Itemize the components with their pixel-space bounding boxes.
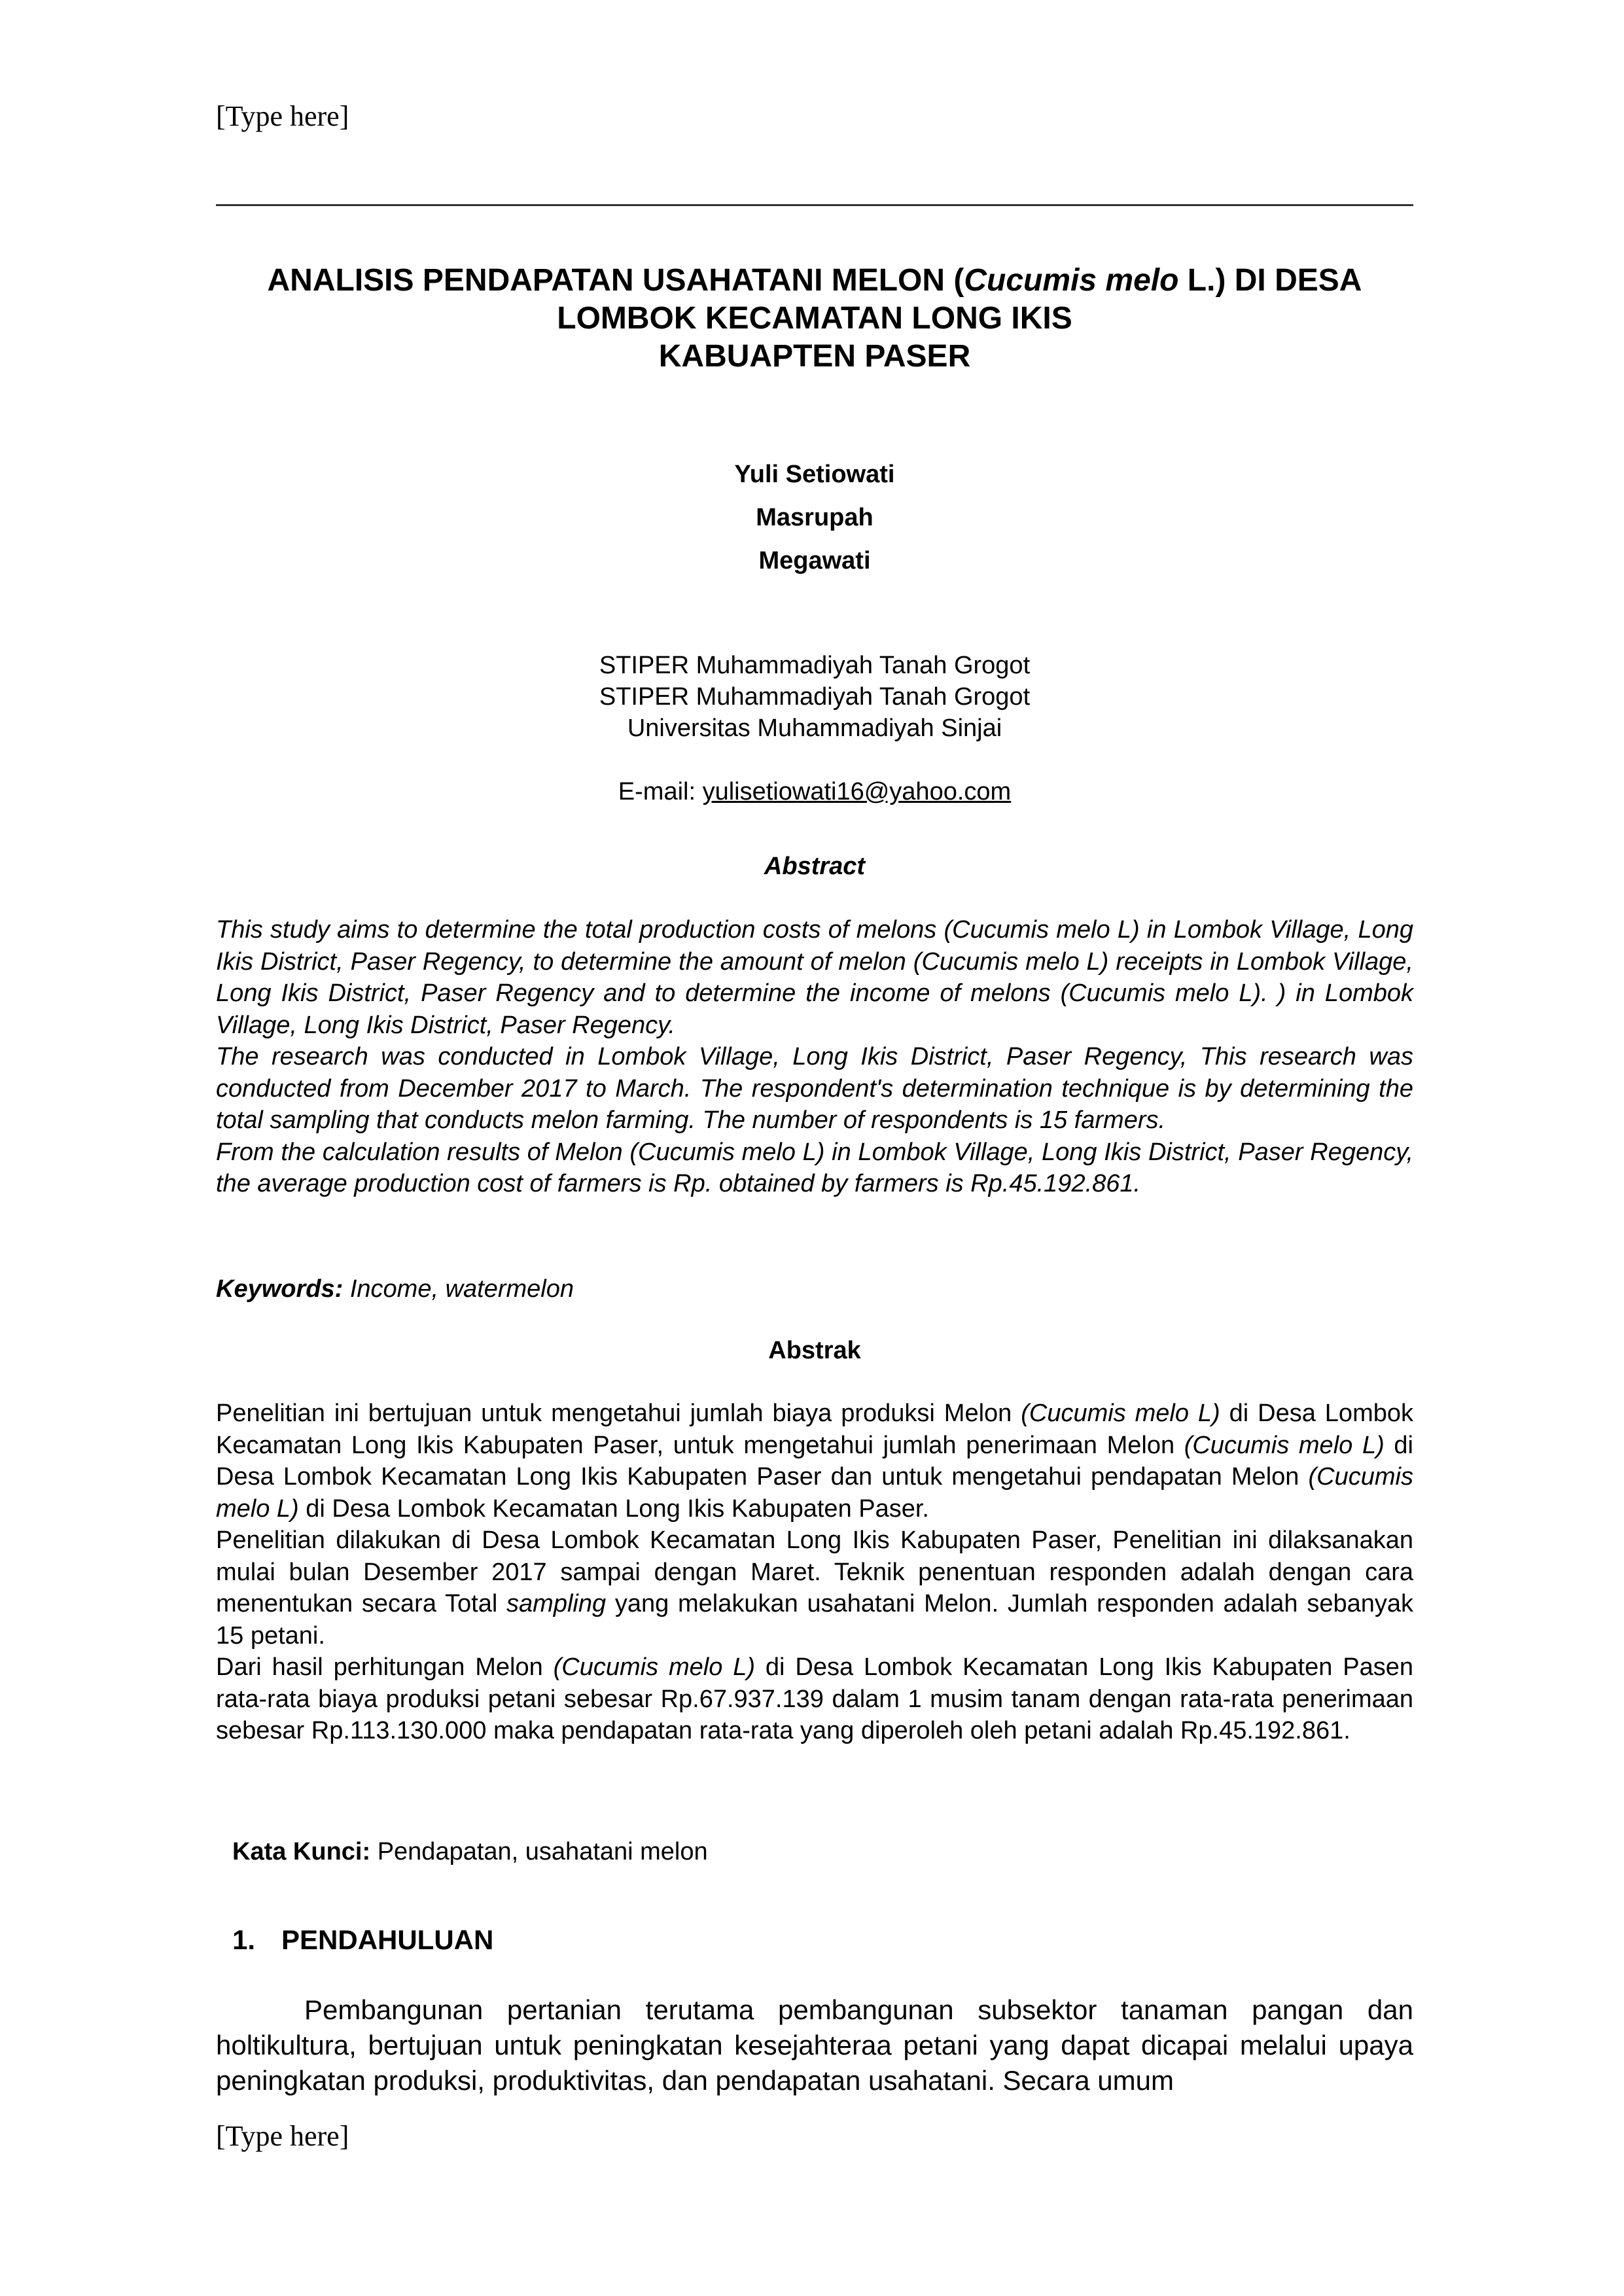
author-name: Yuli Setiowati: [216, 453, 1413, 496]
title-line-1: ANALISIS PENDAPATAN USAHATANI MELON (Cuc…: [216, 262, 1413, 300]
kata-kunci-value: Pendapatan, usahatani melon: [370, 1838, 708, 1865]
email-label: E-mail:: [618, 778, 703, 805]
abstrak-paragraph: Penelitian ini bertujuan untuk mengetahu…: [216, 1398, 1413, 1525]
abstract-indonesian: Penelitian ini bertujuan untuk mengetahu…: [216, 1398, 1413, 1747]
keywords-label: Keywords:: [216, 1275, 343, 1303]
species-text: (Cucumis melo L): [1021, 1400, 1220, 1427]
text: Penelitian ini bertujuan untuk mengetahu…: [216, 1400, 1021, 1427]
emphasis-text: sampling: [506, 1590, 606, 1617]
title-text-cont: L.) DI DESA: [1178, 263, 1362, 298]
species-text: (Cucumis melo L): [1184, 1432, 1385, 1459]
text: Dari hasil perhitungan Melon: [216, 1653, 554, 1681]
contact-email: E-mail: yulisetiowati16@yahoo.com: [216, 776, 1413, 807]
kata-kunci: Kata Kunci: Pendapatan, usahatani melon: [232, 1836, 1410, 1867]
species-text: (Cucumis melo L): [554, 1653, 755, 1681]
abstrak-paragraph: Penelitian dilakukan di Desa Lombok Keca…: [216, 1525, 1413, 1651]
affiliation: STIPER Muhammadiyah Tanah Grogot: [216, 650, 1413, 681]
author-list: Yuli Setiowati Masrupah Megawati: [216, 453, 1413, 582]
title-line-3: KABUAPTEN PASER: [216, 338, 1413, 376]
title-line-2: LOMBOK KECAMATAN LONG IKIS: [216, 300, 1413, 338]
abstract-paragraph: This study aims to determine the total p…: [216, 914, 1413, 1041]
section-title: PENDAHULUAN: [281, 1924, 493, 1955]
text: di Desa Lombok Kecamatan Long Ikis Kabup…: [299, 1495, 929, 1523]
abstrak-paragraph: Dari hasil perhitungan Melon (Cucumis me…: [216, 1651, 1413, 1747]
abstract-english: This study aims to determine the total p…: [216, 914, 1413, 1200]
abstract-paragraph: From the calculation results of Melon (C…: [216, 1137, 1413, 1200]
affiliation: Universitas Muhammadiyah Sinjai: [216, 713, 1413, 744]
section-body: Pembangunan pertanian terutama pembangun…: [216, 1992, 1413, 2098]
paper-page: [Type here] ANALISIS PENDAPATAN USAHATAN…: [0, 0, 1624, 2296]
affiliation: STIPER Muhammadiyah Tanah Grogot: [216, 681, 1413, 713]
header-divider: [216, 204, 1413, 206]
section-number: 1.: [232, 1922, 281, 1958]
section-heading: 1.PENDAHULUAN: [232, 1922, 493, 1958]
title-text: ANALISIS PENDAPATAN USAHATANI MELON (: [268, 263, 964, 298]
kata-kunci-label: Kata Kunci:: [232, 1838, 370, 1865]
abstract-paragraph: The research was conducted in Lombok Vil…: [216, 1041, 1413, 1137]
affiliation-list: STIPER Muhammadiyah Tanah Grogot STIPER …: [216, 650, 1413, 744]
page-footer-placeholder: [Type here]: [216, 2117, 349, 2156]
abstract-heading: Abstract: [216, 851, 1413, 882]
author-name: Megawati: [216, 539, 1413, 582]
title-species: Cucumis melo: [964, 263, 1178, 298]
email-link[interactable]: yulisetiowati16@yahoo.com: [703, 778, 1012, 805]
abstrak-heading: Abstrak: [216, 1335, 1413, 1366]
keywords: Keywords: Income, watermelon: [216, 1273, 1413, 1305]
keywords-value: Income, watermelon: [343, 1275, 574, 1303]
page-header-placeholder: [Type here]: [216, 97, 349, 136]
paper-title: ANALISIS PENDAPATAN USAHATANI MELON (Cuc…: [216, 262, 1413, 376]
author-name: Masrupah: [216, 496, 1413, 539]
